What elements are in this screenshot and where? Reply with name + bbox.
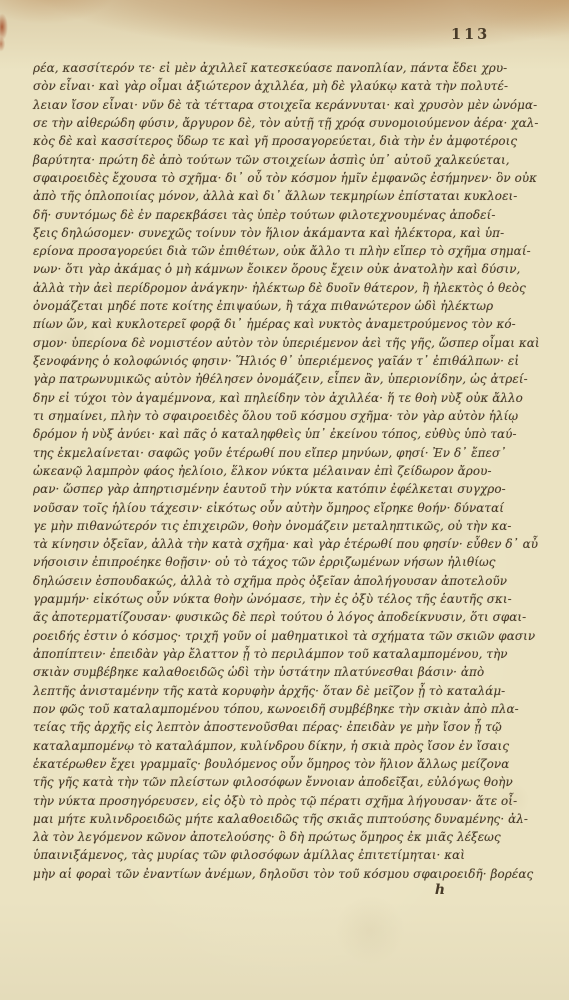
- signature-mark: h: [430, 882, 450, 898]
- text-line: ἀποπίπτειν· ἐπειδὰν γὰρ ἔλαττον ᾖ τὸ περ…: [33, 645, 542, 663]
- book-page: 113 ρέα, κασσίτερόν τε· εἰ μὲν ἀχιλλεῖ κ…: [0, 0, 569, 1000]
- text-line: τὰ κίνησιν ὀξεῖαν, ἀλλὰ τὴν κατὰ σχῆμα· …: [33, 535, 542, 553]
- text-line: ἀλλὰ τὴν ἀεὶ περίδρομον ἀνάγκην· ἠλέκτωρ…: [33, 279, 542, 297]
- text-line: δην εἰ τύχοι τὸν ἀγαμέμνονα, καὶ πηλείδη…: [33, 389, 542, 407]
- text-line: γραμμήν· εἰκότως οὖν νύκτα θοὴν ὠνόμασε,…: [33, 590, 542, 608]
- text-line: σε τὴν αἰθερώδη φύσιν, ἄργυρον δὲ, τὸν α…: [33, 114, 542, 132]
- text-line: ᾶς ἀποτερματίζουσαν· φυσικῶς δὲ περὶ τού…: [33, 608, 542, 626]
- text-line: σὸν εἶναι· καὶ γὰρ οἶμαι ἀξιώτερον ἀχιλλ…: [33, 77, 542, 95]
- greek-text-block: ρέα, κασσίτερόν τε· εἰ μὲν ἀχιλλεῖ κατεσ…: [33, 59, 542, 883]
- text-line: δῆ· συντόμως δὲ ἐν παρεκβάσει τὰς ὑπὲρ τ…: [33, 206, 542, 224]
- text-line: ρέα, κασσίτερόν τε· εἰ μὲν ἀχιλλεῖ κατεσ…: [33, 59, 542, 77]
- text-line: δηλώσειν ἐσπουδακώς, ἀλλὰ τὸ σχῆμα πρὸς …: [33, 572, 542, 590]
- text-line: πον φῶς τοῦ καταλαμπομένου τόπου, κωνοει…: [33, 700, 542, 718]
- text-line: ξενοφάνης ὁ κολοφώνιός φησιν· Ἥλιός θ᾽ ὑ…: [33, 352, 542, 370]
- text-line: σκιὰν συμβέβηκε καλαθοειδῶς ὡδὶ τὴν ὑστά…: [33, 663, 542, 681]
- text-line: σφαιροειδὲς ἔχουσα τὸ σχῆμα· δι᾽ οὗ τὸν …: [33, 169, 542, 187]
- text-line: τὴν νύκτα προσηγόρευσεν, εἰς ὀξὺ τὸ πρὸς…: [33, 792, 542, 810]
- text-line: ἀπὸ τῆς ὁπλοποιίας μόνον, ἀλλὰ καὶ δι᾽ ἄ…: [33, 187, 542, 205]
- text-line: ὀνομάζεται μηδέ ποτε κοίτης ἐπιψαύων, ἢ …: [33, 297, 542, 315]
- text-line: ροειδής ἐστιν ὁ κόσμος· τριχῆ γοῦν οἱ μα…: [33, 627, 542, 645]
- text-line: ξεις δηλώσομεν· συνεχῶς τοίνυν τὸν ἥλιον…: [33, 224, 542, 242]
- text-line: λειαν ἴσον εἶναι· νῦν δὲ τὰ τέτταρα στοι…: [33, 96, 542, 114]
- text-line: ὑπαινιξάμενος, τὰς μυρίας τῶν φιλοσόφων …: [33, 846, 542, 864]
- text-line: ραν· ὥσπερ γὰρ ἀπηρτισμένην ἑαυτοῦ τὴν ν…: [33, 480, 542, 498]
- text-line: καταλαμπομένῳ τὸ καταλάμπον, κυλίνδρου δ…: [33, 737, 542, 755]
- text-line: ἑκατέρωθεν ἔχει γραμμαῖς· βουλόμενος οὖν…: [33, 755, 542, 773]
- text-line: νων· ὅτι γὰρ ἀκάμας ὁ μὴ κάμνων ἔοικεν ὅ…: [33, 260, 542, 278]
- text-line: μαι μήτε κυλινδροειδῶς μήτε καλαθοειδῶς …: [33, 810, 542, 828]
- text-line: τῆς γῆς κατὰ τὴν τῶν πλείστων φιλοσόφων …: [33, 773, 542, 791]
- text-line: ερίονα προσαγορεύει διὰ τῶν ἐπιθέτων, οὐ…: [33, 242, 542, 260]
- text-line: ὠκεανῷ λαμπρὸν φάος ἠελίοιο, ἕλκον νύκτα…: [33, 462, 542, 480]
- text-line: λὰ τὸν λεγόμενον κῶνον ἀποτελούσης· ὃ δὴ…: [33, 828, 542, 846]
- text-line: γὰρ πατρωνυμικῶς αὐτὸν ἠθέλησεν ὀνομάζει…: [33, 370, 542, 388]
- text-line: γε μὴν πιθανώτερόν τις ἐπιχειρῶν, θοὴν ὀ…: [33, 517, 542, 535]
- text-line: κὸς δὲ καὶ κασσίτερος ὕδωρ τε καὶ γῆ προ…: [33, 132, 542, 150]
- text-line: της ἐκμελαίνεται· σαφῶς γοῦν ἑτέρωθί που…: [33, 444, 542, 462]
- page-number: 113: [451, 26, 511, 43]
- text-line: νήσοισιν ἐπιπροέηκε θοῇσιν· οὐ τὸ τάχος …: [33, 553, 542, 571]
- text-line: λεπτῆς ἀνισταμένην τῆς κατὰ κορυφὴν ἀρχῆ…: [33, 682, 542, 700]
- text-line: σμον· ὑπερίονα δὲ νομιστέον αὐτὸν τὸν ὑπ…: [33, 334, 542, 352]
- text-line: μὴν αἱ φοραὶ τῶν ἐναντίων ἀνέμων, δηλοῦσ…: [33, 865, 542, 883]
- text-line: δρόμον ἡ νὺξ ἀνύει· καὶ πᾶς ὁ καταληφθεὶ…: [33, 425, 542, 443]
- text-line: πίων ὤν, καὶ κυκλοτερεῖ φορᾷ δι᾽ ἡμέρας …: [33, 315, 542, 333]
- text-line: τείας τῆς ἀρχῆς εἰς λεπτὸν ἀποστενοῦσθαι…: [33, 718, 542, 736]
- text-line: νοῦσαν τοῖς ἡλίου τάχεσιν· εἰκότως οὖν α…: [33, 499, 542, 517]
- text-line: βαρύτητα· πρώτη δὲ ἀπὸ τούτων τῶν στοιχε…: [33, 151, 542, 169]
- text-line: τι σημαίνει, πλὴν τὸ σφαιροειδὲς ὅλου το…: [33, 407, 542, 425]
